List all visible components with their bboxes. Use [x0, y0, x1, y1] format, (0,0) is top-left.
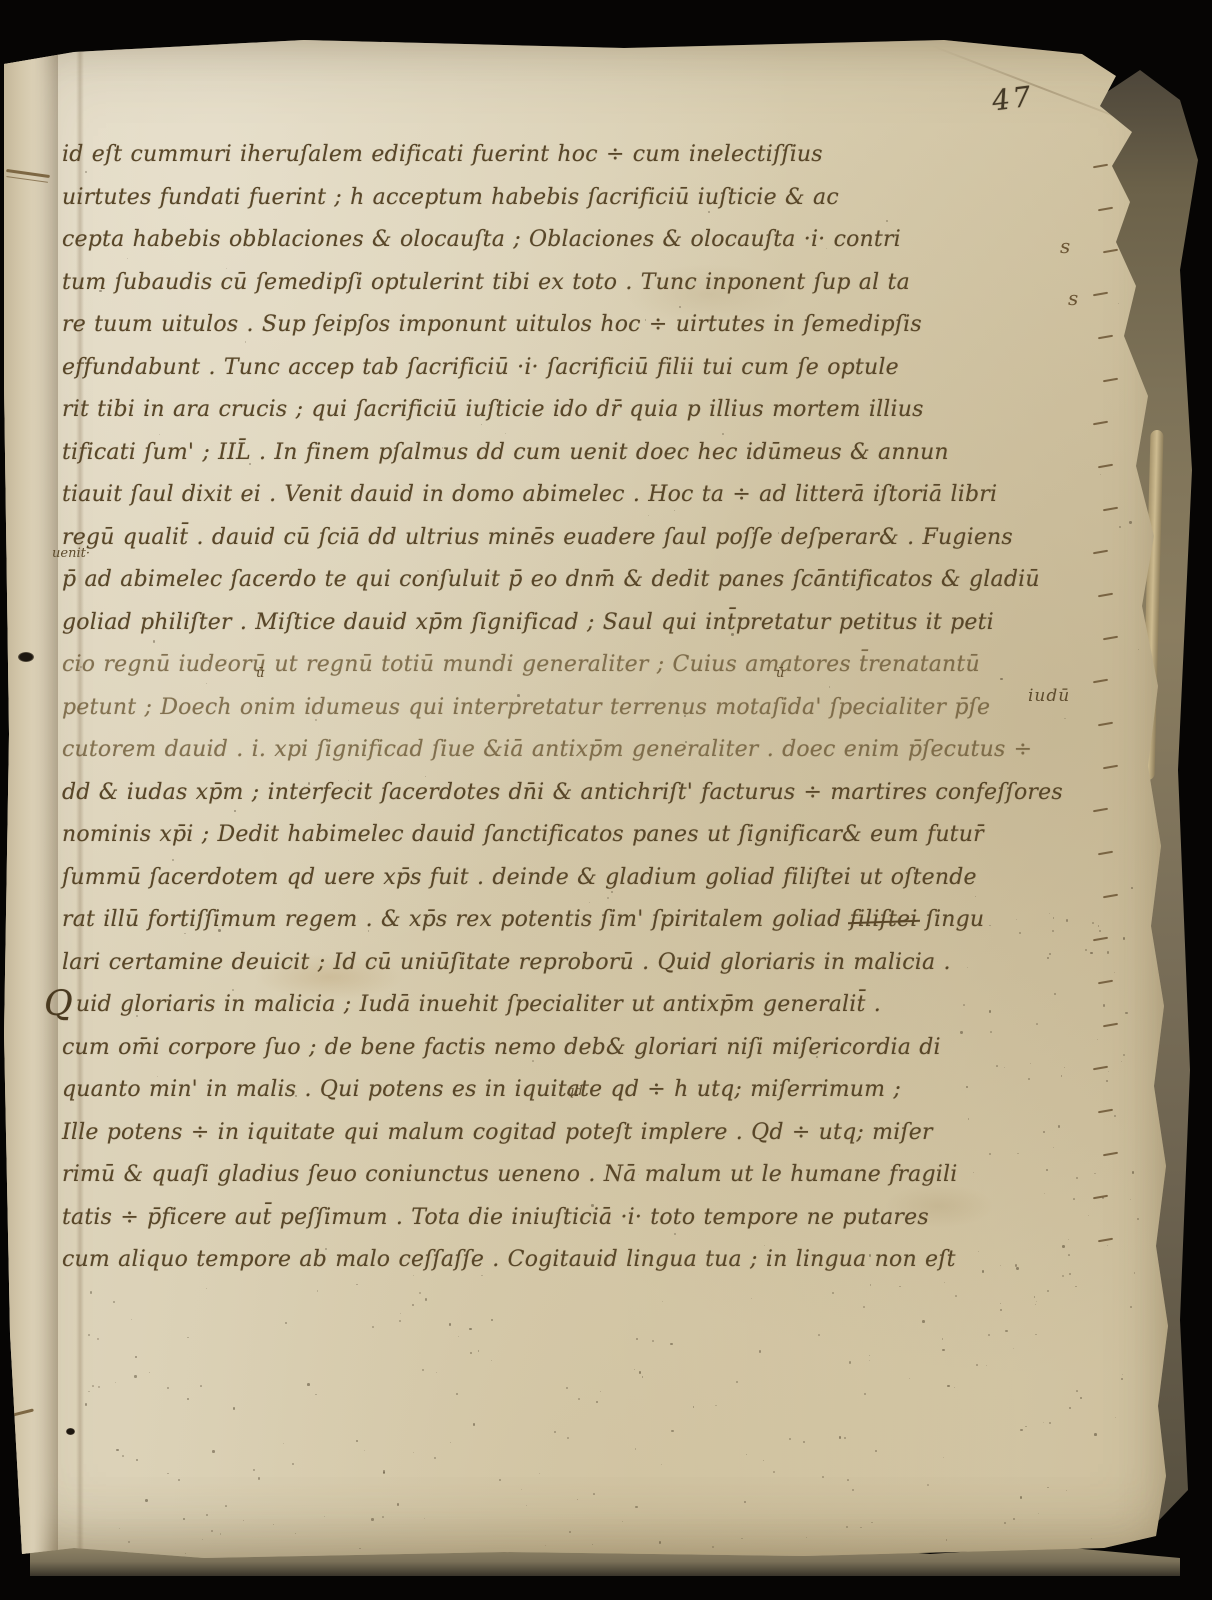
- folio-number: 47: [990, 80, 1035, 118]
- manuscript-line: tiauit ſaul dixit ei . Venit dauid in do…: [62, 482, 1062, 525]
- margin-tick: [1098, 464, 1113, 469]
- manuscript-page: 47 id eſt cummuri iheruſalem edificati f…: [4, 34, 1192, 1566]
- manuscript-line: lari certamine deuicit ; Id cū uniūſitat…: [62, 950, 1062, 993]
- margin-tick: [1103, 1152, 1118, 1157]
- manuscript-line: Ille potens ÷ in iquitate qui malum cogi…: [62, 1120, 1062, 1163]
- manuscript-line: dd & iudas xp̄m ; interfecit ſacerdotes …: [62, 780, 1062, 823]
- margin-tick: [1103, 636, 1118, 641]
- line-text: ſingu: [917, 907, 984, 932]
- line-text: petunt ; Doech onim idumeus qui interpre…: [62, 695, 990, 720]
- manuscript-line: cum om̄i corpore ſuo ; de bene factis ne…: [62, 1035, 1062, 1078]
- margin-tick: [1098, 1238, 1113, 1243]
- manuscript-line: cutorem dauid . i. xpi ſignificad ſiue &…: [62, 737, 1062, 780]
- line-text: tatis ÷ p̄ficere aut̄ peſſimum . Tota di…: [62, 1205, 929, 1230]
- manuscript-line: petunt ; Doech onim idumeus qui interpre…: [62, 695, 1062, 738]
- manuscript-line: nominis xp̄i ; Dedit habimelec dauid ſan…: [62, 822, 1062, 865]
- line-text: Ille potens ÷ in iquitate qui malum cogi…: [62, 1120, 933, 1145]
- text-block: id eſt cummuri iheruſalem edificati fuer…: [62, 142, 1062, 1290]
- margin-tick: [1098, 335, 1113, 340]
- interlinear-note: ū: [256, 666, 264, 681]
- manuscript-line: goliad philiſter . Miſtice dauid xp̄m ſi…: [62, 610, 1062, 653]
- line-text: cutorem dauid . i. xpi ſignificad ſiue &…: [62, 737, 1032, 762]
- line-text: rat illū fortiſſimum regem . & xp̄s rex …: [62, 907, 850, 932]
- margin-tick: [1098, 980, 1113, 985]
- margin-tick: [1103, 249, 1118, 254]
- wormhole: [66, 1428, 75, 1435]
- margin-tick: [1103, 507, 1118, 512]
- manuscript-line: rat illū fortiſſimum regem . & xp̄s rex …: [62, 907, 1062, 950]
- struck-word: filiſtei: [850, 907, 918, 932]
- manuscript-line: cepta habebis obblaciones & olocauſta ; …: [62, 227, 1062, 270]
- margin-tick: [1093, 1066, 1108, 1071]
- manuscript-line: uirtutes fundati fuerint ; h acceptum ha…: [62, 185, 1062, 228]
- margin-tick: [1098, 593, 1113, 598]
- line-text: goliad philiſter . Miſtice dauid xp̄m ſi…: [62, 610, 994, 635]
- manuscript-line: rit tibi in ara crucis ; qui ſacrificiū …: [62, 397, 1062, 440]
- line-text: cio regnū iudeorū ut regnū totiū mundi g…: [62, 652, 980, 677]
- line-text: cepta habebis obblaciones & olocauſta ; …: [62, 227, 901, 252]
- margin-tick: [1093, 292, 1108, 297]
- line-text: re tuum uitulos . Sup ſeipſos imponunt u…: [62, 312, 922, 337]
- line-text: cum aliquo tempore ab malo ceſſaſſe . Co…: [62, 1247, 956, 1272]
- line-text: ſummū ſacerdotem qd uere xp̄s fuit . dei…: [62, 865, 977, 890]
- line-text: effundabunt . Tunc accep tab ſacrificiū …: [62, 355, 899, 380]
- manuscript-line: Quid gloriaris in malicia ; Iudā inuehit…: [62, 992, 1062, 1035]
- interlinear-note: ū: [776, 666, 784, 681]
- margin-tick: [1093, 550, 1108, 555]
- margin-tick: [1093, 164, 1108, 169]
- line-text: lari certamine deuicit ; Id cū uniūſitat…: [62, 950, 951, 975]
- line-text: rimū & quaſi gladius ſeuo coniunctus uen…: [62, 1162, 957, 1187]
- margin-tick: [1098, 722, 1113, 727]
- margin-s-mark: s: [1060, 234, 1070, 258]
- margin-tick: [1093, 808, 1108, 813]
- line-text: quanto min' in malis . Qui potens es in …: [62, 1077, 901, 1102]
- manuscript-line: id eſt cummuri iheruſalem edificati fuer…: [62, 142, 1062, 185]
- line-text: tiauit ſaul dixit ei . Venit dauid in do…: [62, 482, 997, 507]
- margin-tick: [1093, 937, 1108, 942]
- manuscript-line: tum ſubaudis cū ſemedipſi optulerint tib…: [62, 270, 1062, 313]
- line-text: p̄ ad abimelec ſacerdo te qui conſuluit …: [62, 567, 1040, 592]
- line-text: id eſt cummuri iheruſalem edificati fuer…: [62, 142, 823, 167]
- line-text: dd & iudas xp̄m ; interfecit ſacerdotes …: [62, 780, 1063, 805]
- margin-tick: [1098, 207, 1113, 212]
- manuscript-line: cum aliquo tempore ab malo ceſſaſſe . Co…: [62, 1247, 1062, 1290]
- line-text: tum ſubaudis cū ſemedipſi optulerint tib…: [62, 270, 910, 295]
- manuscript-line: re tuum uitulos . Sup ſeipſos imponunt u…: [62, 312, 1062, 355]
- manuscript-line: ſummū ſacerdotem qd uere xp̄s fuit . dei…: [62, 865, 1062, 908]
- line-text: nominis xp̄i ; Dedit habimelec dauid ſan…: [62, 822, 984, 847]
- line-text: uid gloriaris in malicia ; Iudā inuehit …: [76, 992, 881, 1017]
- margin-tick: [1103, 894, 1118, 899]
- wormhole: [18, 652, 34, 662]
- margin-tick: [1093, 421, 1108, 426]
- manuscript-line: quanto min' in malis . Qui potens es in …: [62, 1077, 1062, 1120]
- line-text: rit tibi in ara crucis ; qui ſacrificiū …: [62, 397, 924, 422]
- line-text: tificati ſum' ; IIL̄ . In finem pſalmus …: [62, 440, 949, 465]
- line-text: cum om̄i corpore ſuo ; de bene factis ne…: [62, 1035, 941, 1060]
- manuscript-line: rimū & quaſi gladius ſeuo coniunctus uen…: [62, 1162, 1062, 1205]
- photo-background: 47 id eſt cummuri iheruſalem edificati f…: [0, 0, 1212, 1600]
- interlinear-note: uenit·: [52, 546, 90, 561]
- manuscript-line: effundabunt . Tunc accep tab ſacrificiū …: [62, 355, 1062, 398]
- line-text: regū qualit̄ . dauid cū ſciā dd ultrius …: [62, 525, 1013, 550]
- margin-tick: [1103, 1023, 1118, 1028]
- manuscript-line: tatis ÷ p̄ficere aut̄ peſſimum . Tota di…: [62, 1205, 1062, 1248]
- margin-tick: [1103, 765, 1118, 770]
- manuscript-line: tificati ſum' ; IIL̄ . In finem pſalmus …: [62, 440, 1062, 483]
- margin-tick: [1093, 1195, 1108, 1200]
- margin-tick: [1098, 1109, 1113, 1114]
- line-text: uirtutes fundati fuerint ; h acceptum ha…: [62, 185, 839, 210]
- margin-tick: [1093, 679, 1108, 684]
- margin-s-mark: s: [1068, 286, 1078, 310]
- interlinear-note: qd: [566, 1084, 583, 1099]
- manuscript-line: cio regnū iudeorū ut regnū totiū mundi g…: [62, 652, 1062, 695]
- manuscript-line: regū qualit̄ . dauid cū ſciā dd ultrius …: [62, 525, 1062, 568]
- binding-gutter: [4, 34, 58, 1566]
- margin-tick: [1098, 851, 1113, 856]
- margin-note-iudu: iudū: [1028, 686, 1070, 706]
- margin-tick: [1103, 378, 1118, 383]
- manuscript-line: p̄ ad abimelec ſacerdo te qui conſuluit …: [62, 567, 1062, 610]
